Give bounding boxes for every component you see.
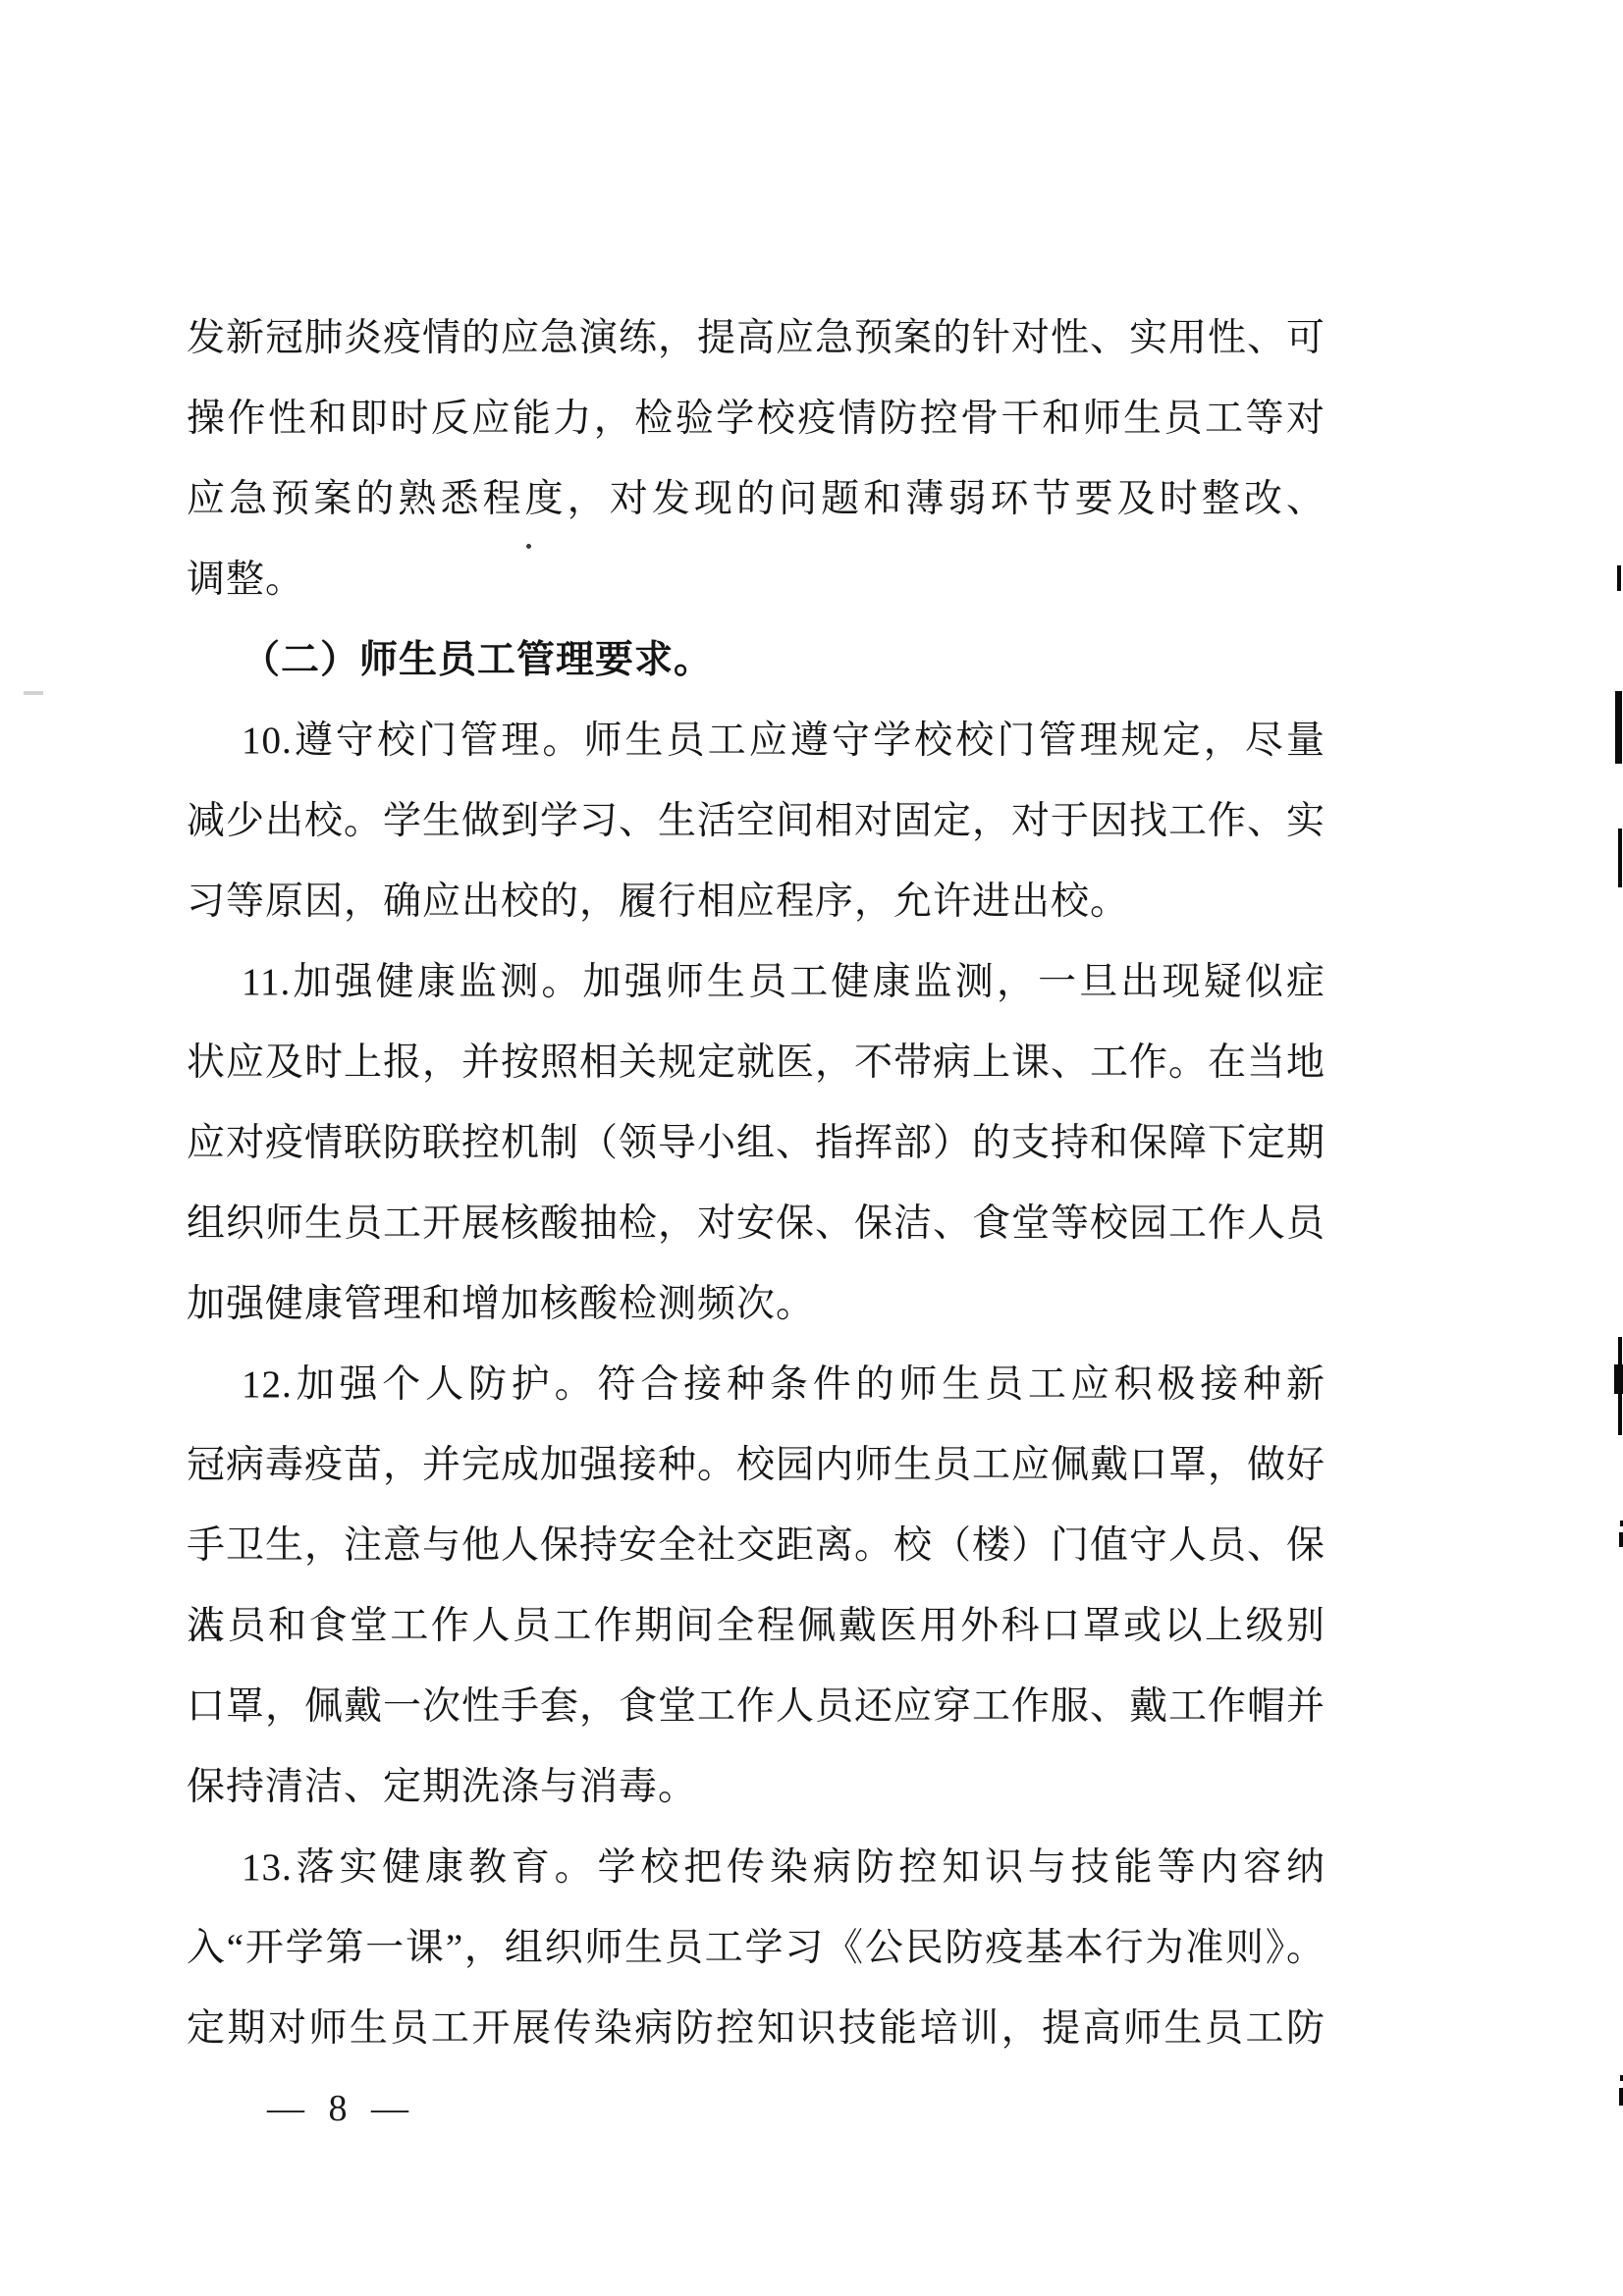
text-line: 13.落实健康教育。学校把传染病防控知识与技能等内容纳 (187, 1828, 1325, 1908)
text-line: 11.加强健康监测。加强师生员工健康监测，一旦出现疑似症 (187, 942, 1325, 1023)
page-number: — 8 — (267, 2087, 408, 2130)
document-body: 发新冠肺炎疫情的应急演练，提高应急预案的针对性、实用性、可操作性和即时反应能力，… (187, 298, 1325, 2069)
scan-artifact (1618, 828, 1622, 887)
scan-artifact (24, 691, 43, 695)
scan-artifact (1617, 565, 1621, 591)
scanned-document-page: 发新冠肺炎疫情的应急演练，提高应急预案的针对性、实用性、可操作性和即时反应能力，… (0, 0, 1623, 2296)
text-line: 应对疫情联防联控机制（领导小组、指挥部）的支持和保障下定期 (187, 1103, 1325, 1184)
text-line: 状应及时上报，并按照相关规定就医，不带病上课、工作。在当地 (187, 1023, 1325, 1103)
text-line: 应急预案的熟悉程度，对发现的问题和薄弱环节要及时整改、 (187, 459, 1325, 540)
text-line: 手卫生，注意与他人保持安全社交距离。校（楼）门值守人员、保洁 (187, 1506, 1325, 1586)
text-line: 习等原因，确应出校的，履行相应程序，允许进出校。 (187, 862, 1325, 942)
text-line: 操作性和即时反应能力，检验学校疫情防控骨干和师生员工等对 (187, 379, 1325, 459)
text-line: 12.加强个人防护。符合接种条件的师生员工应积极接种新 (187, 1345, 1325, 1425)
text-line: 调整。 (187, 540, 1325, 620)
text-line: 冠病毒疫苗，并完成加强接种。校园内师生员工应佩戴口罩，做好 (187, 1425, 1325, 1506)
text-line: 口罩，佩戴一次性手套，食堂工作人员还应穿工作服、戴工作帽并 (187, 1667, 1325, 1747)
text-line: 人员和食堂工作人员工作期间全程佩戴医用外科口罩或以上级别 (187, 1586, 1325, 1667)
text-line: 组织师生员工开展核酸抽检，对安保、保洁、食堂等校园工作人员 (187, 1184, 1325, 1264)
text-line: 定期对师生员工开展传染病防控知识技能培训，提高师生员工防 (187, 1989, 1325, 2069)
text-line: 10.遵守校门管理。师生员工应遵守学校校门管理规定，尽量 (187, 701, 1325, 781)
text-line: 保持清洁、定期洗涤与消毒。 (187, 1747, 1325, 1828)
text-line: （二）师生员工管理要求。 (187, 620, 1325, 701)
scan-artifact (1614, 1364, 1623, 1394)
text-line: 加强健康管理和增加核酸检测频次。 (187, 1264, 1325, 1345)
text-line: 发新冠肺炎疫情的应急演练，提高应急预案的针对性、实用性、可 (187, 298, 1325, 379)
scan-artifact (1615, 691, 1622, 764)
text-line: 入“开学第一课”，组织师生员工学习《公民防疫基本行为准则》。 (187, 1908, 1325, 1989)
scan-artifact (1619, 2088, 1623, 2106)
ink-speck (526, 544, 531, 549)
text-line: 减少出校。学生做到学习、生活空间相对固定，对于因找工作、实 (187, 781, 1325, 862)
scan-artifact (1619, 1532, 1623, 1547)
